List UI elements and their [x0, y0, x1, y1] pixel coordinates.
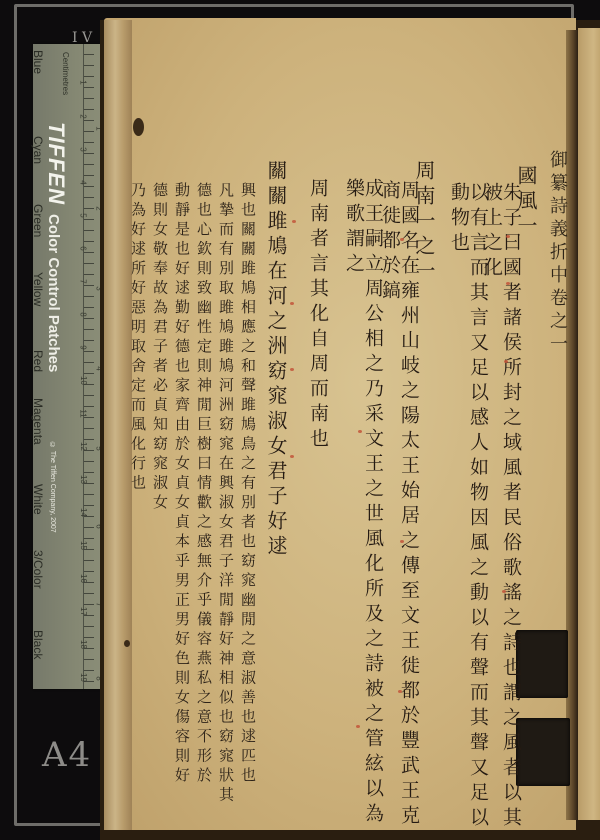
commentary-column-6: 乃為好逑所好惡明取舍定而風化行也	[130, 182, 145, 494]
ink-stain	[124, 640, 130, 647]
commentary-column-4: 動靜是也好逑勤好德也家齊由於女貞女貞本乎男正男好色則女傷容則好	[174, 182, 189, 787]
cm-mark: 17	[79, 607, 88, 616]
tiffen-logo: TIFFEN	[43, 122, 69, 205]
page-edge-stack	[104, 20, 132, 830]
cm-mark: 4	[79, 180, 88, 184]
cm-mark: 6	[79, 246, 88, 250]
red-punctuation-mark	[292, 220, 296, 223]
swatch-label-blue: Blue	[31, 50, 45, 74]
commentary-column-3: 德也心欽則致幽性定則神閒巨樹曰情歡之感無介乎儀容燕私之意不形於	[196, 182, 211, 787]
dark-tab-lower	[516, 718, 570, 786]
swatch-label-3color: 3/Color	[31, 550, 45, 589]
cm-mark: 3	[79, 147, 88, 151]
cm-mark: 18	[79, 640, 88, 649]
swatch-label-red: Red	[31, 350, 45, 372]
dark-tab-upper	[516, 630, 568, 698]
photo-scene: I V A4 Inches Centimetres TIFFEN Color C…	[0, 0, 600, 840]
cm-mark: 16	[79, 574, 88, 583]
ink-stain	[133, 118, 144, 136]
red-punctuation-mark	[356, 725, 360, 728]
red-punctuation-mark	[290, 368, 294, 371]
swatch-label-magenta: Magenta	[31, 398, 45, 445]
text-column-4: 成王嗣立周公相之乃采文王之世風化所及之詩被之管絃以為樂歌謂之	[344, 178, 382, 840]
commentary-column-5: 德則女敬奉故為君子者必貞知窈窕淑女	[152, 182, 167, 514]
cm-mark: 8	[79, 312, 88, 316]
swatch-label-white: White	[31, 484, 45, 515]
ruler-copyright: © The Tiffen Company, 2007	[49, 442, 56, 533]
red-punctuation-mark	[290, 455, 294, 458]
cm-mark: 13	[79, 475, 88, 484]
red-punctuation-mark	[358, 430, 362, 433]
red-punctuation-mark	[290, 302, 294, 305]
ruler-units-cm: Centimetres	[61, 52, 70, 95]
book-title-column: 御纂詩義折中卷之一	[548, 150, 566, 357]
red-punctuation-mark	[398, 690, 402, 693]
red-punctuation-mark	[506, 282, 510, 285]
ruler-product-name: Color Control Patches	[45, 214, 62, 372]
text-column-5: 周南者言其化自周而南也	[308, 178, 327, 453]
cm-mark: 9	[79, 345, 88, 349]
cm-mark: 14	[79, 508, 88, 517]
commentary-column-1: 興也關關雎鳩相應之和聲雎鳩鳥之有別者也窈窕幽閒之意淑善也逑匹也	[240, 182, 255, 787]
mat-label-a4: A4	[42, 735, 92, 775]
cm-mark: 11	[79, 409, 88, 417]
cm-mark: 5	[79, 213, 88, 217]
cm-mark: 7	[79, 279, 88, 283]
poem-line: 關關雎鳩在河之洲窈窕淑女君子好逑	[266, 160, 286, 560]
cm-mark: 2	[79, 114, 88, 118]
red-punctuation-mark	[506, 235, 510, 238]
swatch-label-cyan: Cyan	[31, 136, 45, 164]
red-punctuation-mark	[502, 590, 506, 593]
book-gutter	[566, 30, 578, 820]
commentary-column-2: 凡摯而有別取雎鳩雎鳩河洲窈窕在興淑女君子洋閒靜好神相似也窈窕狀其	[218, 182, 233, 806]
swatch-label-yellow: Yellow	[31, 272, 45, 306]
cm-mark: 10	[79, 376, 88, 385]
cm-mark: 15	[79, 541, 88, 550]
cm-mark: 12	[79, 442, 88, 451]
swatch-label-black: Black	[31, 630, 45, 659]
facing-page-edge	[578, 28, 600, 820]
text-column-3: 周國名在雍州山岐之陽太王始居之傳至文王徙都於豐武王克商徙都於鎬	[380, 180, 418, 840]
cm-mark: 19	[79, 673, 88, 682]
cm-mark: 1	[79, 80, 88, 84]
red-punctuation-mark	[400, 238, 404, 241]
red-punctuation-mark	[400, 540, 404, 543]
swatch-label-green: Green	[31, 204, 45, 237]
red-punctuation-mark	[504, 360, 508, 363]
text-column-2: 以有言而其言又足以感人如物因風之動以有聲而其聲又足以動物也	[449, 182, 487, 840]
